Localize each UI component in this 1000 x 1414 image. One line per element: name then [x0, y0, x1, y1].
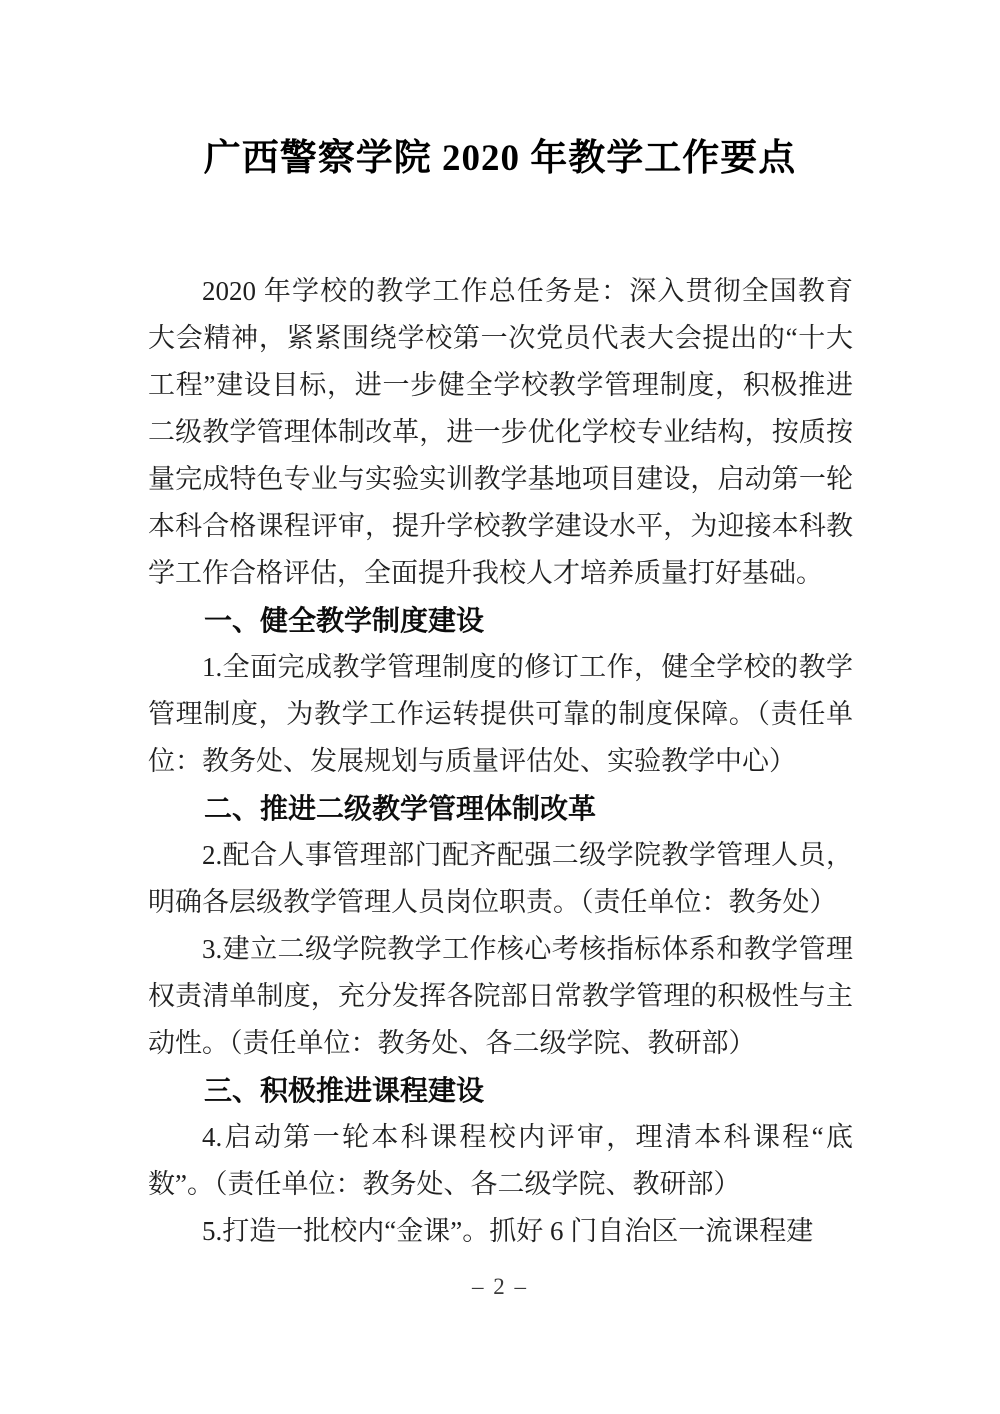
section-1-heading: 一、健全教学制度建设	[148, 597, 853, 644]
section-3-paragraph-2: 5.打造一批校内“金课”。抓好 6 门自治区一流课程建	[148, 1208, 853, 1255]
section-2-heading: 二、推进二级教学管理体制改革	[148, 785, 853, 832]
page-footer: – 2 –	[0, 1272, 1000, 1302]
document-body: 2020 年学校的教学工作总任务是：深入贯彻全国教育大会精神，紧紧围绕学校第一次…	[148, 268, 853, 1255]
section-1-paragraph-1: 1.全面完成教学管理制度的修订工作，健全学校的教学管理制度，为教学工作运转提供可…	[148, 644, 853, 785]
document-title: 广西警察学院 2020 年教学工作要点	[100, 135, 900, 183]
section-2-paragraph-2: 3.建立二级学院教学工作核心考核指标体系和教学管理权责清单制度，充分发挥各院部日…	[148, 926, 853, 1067]
section-3-paragraph-1: 4.启动第一轮本科课程校内评审，理清本科课程“底数”。（责任单位：教务处、各二级…	[148, 1114, 853, 1208]
page-number: – 2 –	[472, 1274, 528, 1299]
intro-paragraph: 2020 年学校的教学工作总任务是：深入贯彻全国教育大会精神，紧紧围绕学校第一次…	[148, 268, 853, 597]
section-2-paragraph-1: 2.配合人事管理部门配齐配强二级学院教学管理人员，明确各层级教学管理人员岗位职责…	[148, 832, 853, 926]
document-page: 广西警察学院 2020 年教学工作要点 2020 年学校的教学工作总任务是：深入…	[0, 0, 1000, 1414]
section-3-heading: 三、积极推进课程建设	[148, 1067, 853, 1114]
